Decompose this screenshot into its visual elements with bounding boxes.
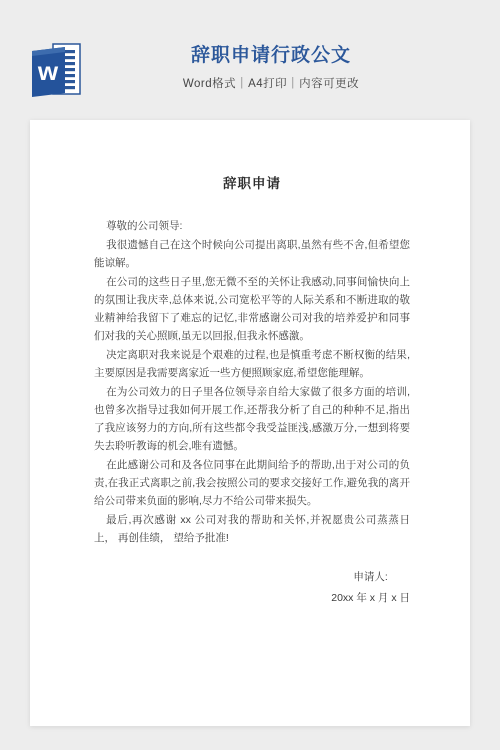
paragraph: 我很遗憾自己在这个时候向公司提出离职,虽然有些不舍,但希望您能谅解。 (94, 236, 410, 272)
signature-block: 申请人: 20xx 年 x 月 x 日 (331, 567, 410, 609)
document-page: 辞职申请 尊敬的公司领导: 我很遗憾自己在这个时候向公司提出离职,虽然有些不舍,… (30, 120, 470, 726)
template-subtitle: Word格式｜A4打印｜内容可更改 (82, 75, 460, 91)
paragraph: 在为公司效力的日子里各位领导亲自给大家做了很多方面的培训,也曾多次指导过我如何开… (94, 383, 410, 455)
salutation: 尊敬的公司领导: (94, 217, 410, 235)
word-logo-icon: w (32, 42, 82, 98)
signature-date: 20xx 年 x 月 x 日 (331, 588, 410, 609)
applicant-label: 申请人: (331, 567, 410, 588)
paragraph: 决定离职对我来说是个艰难的过程,也是慎重考虑不断权衡的结果,主要原因是我需要离家… (94, 346, 410, 382)
template-title: 辞职申请行政公文 (82, 44, 460, 68)
paragraph: 最后,再次感谢 xx 公司对我的帮助和关怀,并祝愿贵公司蒸蒸日上， 再创佳绩， … (94, 511, 410, 547)
paragraph: 在此感谢公司和及各位同事在此期间给予的帮助,出于对公司的负责,在我正式离职之前,… (94, 456, 410, 510)
paragraph: 在公司的这些日子里,您无微不至的关怀让我感动,同事间愉快向上的氛围让我庆幸,总体… (94, 273, 410, 345)
document-body: 尊敬的公司领导: 我很遗憾自己在这个时候向公司提出离职,虽然有些不舍,但希望您能… (94, 217, 410, 547)
svg-text:w: w (37, 56, 59, 86)
template-header: w 辞职申请行政公文 Word格式｜A4打印｜内容可更改 (0, 0, 500, 120)
document-title: 辞职申请 (94, 172, 410, 192)
